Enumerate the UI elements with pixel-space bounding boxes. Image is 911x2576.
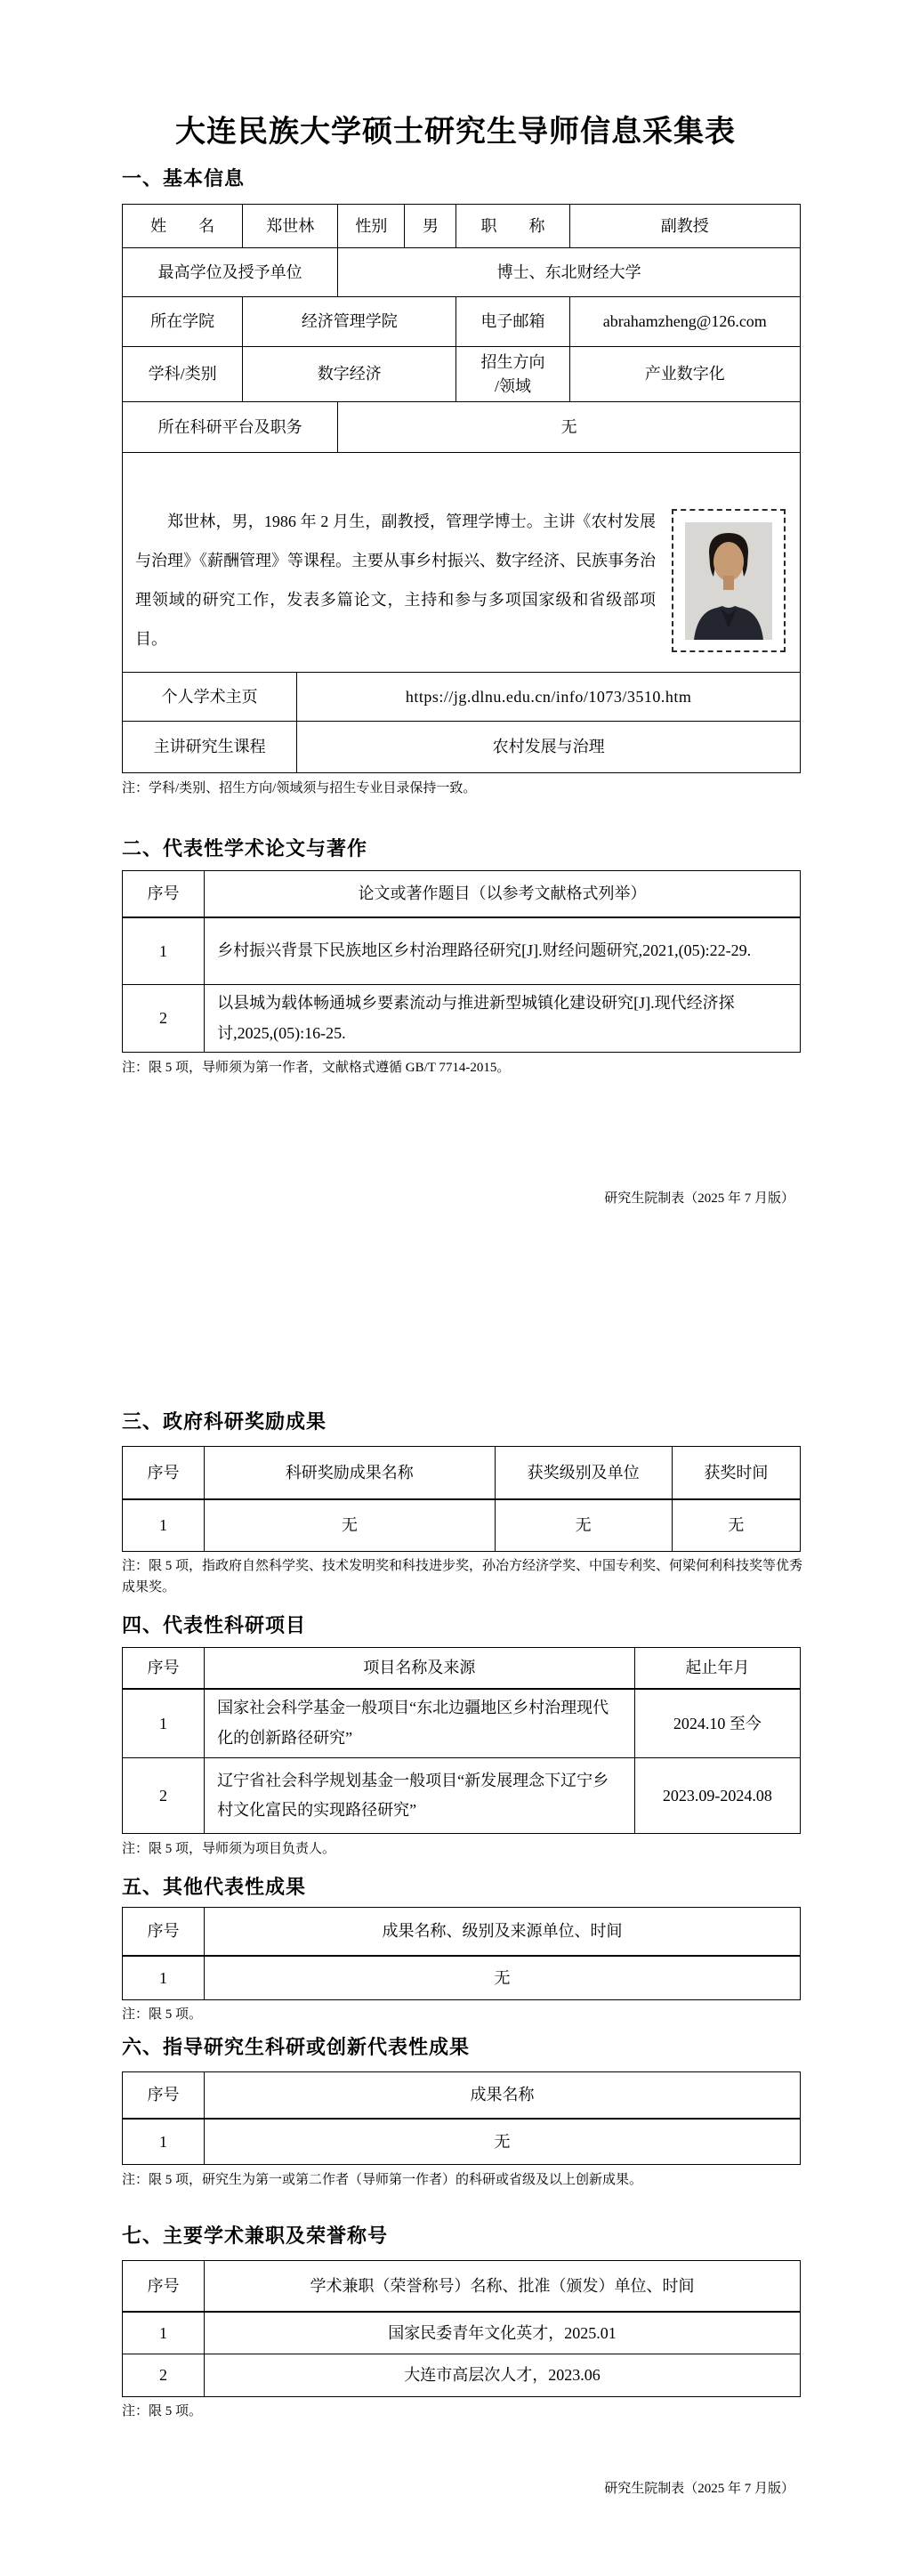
section-awards-heading: 三、政府科研奖励成果 <box>122 1410 807 1433</box>
bio-cell: 郑世林，男，1986 年 2 月生，副教授，管理学博士。主讲《农村发展与治理》《… <box>123 453 801 673</box>
basic-info-table: 姓 名 郑世林 性别 男 职 称 副教授 最高学位及授予单位 博士、东北财经大学… <box>122 204 801 773</box>
student-table: 序号 成果名称 1 无 <box>122 2071 801 2165</box>
section-others-heading: 五、其他代表性成果 <box>122 1876 807 1899</box>
project-period: 2023.09-2024.08 <box>634 1758 800 1834</box>
award-time: 无 <box>672 1499 800 1552</box>
direction-value-cell: 产业数字化 <box>569 347 800 402</box>
table-row: 1 乡村振兴背景下民族地区乡村治理路径研究[J].财经问题研究,2021,(05… <box>123 917 801 985</box>
honors-table: 序号 学术兼职（荣誉称号）名称、批准（颁发）单位、时间 1 国家民委青年文化英才… <box>122 2260 801 2397</box>
awards-col-time: 获奖时间 <box>672 1447 800 1499</box>
other-no: 1 <box>123 1956 205 2000</box>
email-value-cell: abrahamzheng@126.com <box>569 297 800 347</box>
table-row: 所在学院 经济管理学院 电子邮箱 abrahamzheng@126.com <box>123 297 801 347</box>
homepage-value-cell: https://jg.dlnu.edu.cn/info/1073/3510.ht… <box>297 673 801 722</box>
student-col-name: 成果名称 <box>205 2072 801 2119</box>
email-label-cell: 电子邮箱 <box>456 297 569 347</box>
section-basic-heading: 一、基本信息 <box>122 167 807 190</box>
discipline-value-cell: 数字经济 <box>243 347 456 402</box>
awards-table: 序号 科研奖励成果名称 获奖级别及单位 获奖时间 1 无 无 无 <box>122 1446 801 1552</box>
others-col-no: 序号 <box>123 1908 205 1956</box>
table-header-row: 序号 项目名称及来源 起止年月 <box>123 1648 801 1689</box>
projects-col-no: 序号 <box>123 1648 205 1689</box>
honor-name: 国家民委青年文化英才，2025.01 <box>205 2312 801 2354</box>
table-row: 姓 名 郑世林 性别 男 职 称 副教授 <box>123 205 801 248</box>
awards-col-no: 序号 <box>123 1447 205 1499</box>
project-name: 辽宁省社会科学规划基金一般项目“新发展理念下辽宁乡村文化富民的实现路径研究” <box>205 1758 635 1834</box>
honors-col-no: 序号 <box>123 2261 205 2312</box>
table-row: 1 无 <box>123 2119 801 2165</box>
table-header-row: 序号 成果名称、级别及来源单位、时间 <box>123 1908 801 1956</box>
made-by-note: 研究生院制表（2025 年 7 月版） <box>122 2479 800 2499</box>
student-note: 注：限 5 项，研究生为第一或第二作者（导师第一作者）的科研或省级及以上创新成果… <box>122 2169 803 2191</box>
section-honors-heading: 七、主要学术兼职及荣誉称号 <box>122 2225 807 2248</box>
papers-note: 注：限 5 项，导师须为第一作者，文献格式遵循 GB/T 7714-2015。 <box>122 1057 803 1078</box>
awards-col-level: 获奖级别及单位 <box>495 1447 672 1499</box>
section-papers-heading: 二、代表性学术论文与著作 <box>122 837 807 860</box>
table-row: 1 国家民委青年文化英才，2025.01 <box>123 2312 801 2354</box>
name-value-cell: 郑世林 <box>243 205 338 248</box>
honors-note: 注：限 5 项。 <box>122 2401 803 2422</box>
project-period: 2024.10 至今 <box>634 1689 800 1758</box>
projects-note: 注：限 5 项，导师须为项目负责人。 <box>122 1838 803 1860</box>
name-label-cell: 姓 名 <box>123 205 243 248</box>
degree-label-cell: 最高学位及授予单位 <box>123 248 338 297</box>
student-name: 无 <box>205 2119 801 2165</box>
courses-label-cell: 主讲研究生课程 <box>123 722 297 773</box>
awards-col-name: 科研奖励成果名称 <box>205 1447 495 1499</box>
table-row: 学科/类别 数字经济 招生方向 /领域 产业数字化 <box>123 347 801 402</box>
gender-label-cell: 性别 <box>338 205 405 248</box>
table-header-row: 序号 学术兼职（荣誉称号）名称、批准（颁发）单位、时间 <box>123 2261 801 2312</box>
award-name: 无 <box>205 1499 495 1552</box>
direction-label-cell: 招生方向 /领域 <box>456 347 569 402</box>
papers-col-no: 序号 <box>123 871 205 917</box>
document-page: 大连民族大学硕士研究生导师信息采集表 一、基本信息 姓 名 郑世林 性别 男 职… <box>0 0 911 2576</box>
table-row: 1 国家社会科学基金一般项目“东北边疆地区乡村治理现代化的创新路径研究” 202… <box>123 1689 801 1758</box>
advisor-photo <box>685 522 772 640</box>
table-row: 1 无 <box>123 1956 801 2000</box>
section-projects-heading: 四、代表性科研项目 <box>122 1614 807 1637</box>
platform-value-cell: 无 <box>338 402 801 453</box>
title-label-cell: 职 称 <box>456 205 569 248</box>
table-row: 1 无 无 无 <box>123 1499 801 1552</box>
table-header-row: 序号 成果名称 <box>123 2072 801 2119</box>
table-row: 2 辽宁省社会科学规划基金一般项目“新发展理念下辽宁乡村文化富民的实现路径研究”… <box>123 1758 801 1834</box>
honors-col-name: 学术兼职（荣誉称号）名称、批准（颁发）单位、时间 <box>205 2261 801 2312</box>
degree-value-cell: 博士、东北财经大学 <box>338 248 801 297</box>
award-level: 无 <box>495 1499 672 1552</box>
gender-value-cell: 男 <box>405 205 456 248</box>
project-no: 1 <box>123 1689 205 1758</box>
courses-value-cell: 农村发展与治理 <box>297 722 801 773</box>
others-table: 序号 成果名称、级别及来源单位、时间 1 无 <box>122 1907 801 2000</box>
paper-title: 以县城为载体畅通城乡要素流动与推进新型城镇化建设研究[J].现代经济探讨,202… <box>205 985 801 1053</box>
paper-no: 1 <box>123 917 205 985</box>
award-no: 1 <box>123 1499 205 1552</box>
college-label-cell: 所在学院 <box>123 297 243 347</box>
table-row: 最高学位及授予单位 博士、东北财经大学 <box>123 248 801 297</box>
others-col-name: 成果名称、级别及来源单位、时间 <box>205 1908 801 1956</box>
table-row: 主讲研究生课程 农村发展与治理 <box>123 722 801 773</box>
table-header-row: 序号 科研奖励成果名称 获奖级别及单位 获奖时间 <box>123 1447 801 1499</box>
section-student-heading: 六、指导研究生科研或创新代表性成果 <box>122 2036 807 2059</box>
table-row: 郑世林，男，1986 年 2 月生，副教授，管理学博士。主讲《农村发展与治理》《… <box>123 453 801 673</box>
student-col-no: 序号 <box>123 2072 205 2119</box>
made-by-note: 研究生院制表（2025 年 7 月版） <box>122 1189 800 1208</box>
honor-no: 2 <box>123 2354 205 2397</box>
title-value-cell: 副教授 <box>569 205 800 248</box>
table-header-row: 序号 论文或著作题目（以参考文献格式列举） <box>123 871 801 917</box>
projects-col-period: 起止年月 <box>634 1648 800 1689</box>
table-row: 2 大连市高层次人才，2023.06 <box>123 2354 801 2397</box>
honor-name: 大连市高层次人才，2023.06 <box>205 2354 801 2397</box>
awards-note: 注：限 5 项，指政府自然科学奖、技术发明奖和科技进步奖，孙冶方经济学奖、中国专… <box>122 1555 803 1598</box>
college-value-cell: 经济管理学院 <box>243 297 456 347</box>
paper-title: 乡村振兴背景下民族地区乡村治理路径研究[J].财经问题研究,2021,(05):… <box>205 917 801 985</box>
others-note: 注：限 5 项。 <box>122 2004 803 2025</box>
discipline-label-cell: 学科/类别 <box>123 347 243 402</box>
papers-col-title: 论文或著作题目（以参考文献格式列举） <box>205 871 801 917</box>
table-row: 所在科研平台及职务 无 <box>123 402 801 453</box>
basic-note: 注：学科/类别、招生方向/领域须与招生专业目录保持一致。 <box>122 778 803 799</box>
table-row: 2 以县城为载体畅通城乡要素流动与推进新型城镇化建设研究[J].现代经济探讨,2… <box>123 985 801 1053</box>
platform-label-cell: 所在科研平台及职务 <box>123 402 338 453</box>
project-no: 2 <box>123 1758 205 1834</box>
project-name: 国家社会科学基金一般项目“东北边疆地区乡村治理现代化的创新路径研究” <box>205 1689 635 1758</box>
other-name: 无 <box>205 1956 801 2000</box>
paper-no: 2 <box>123 985 205 1053</box>
student-no: 1 <box>123 2119 205 2165</box>
table-row: 个人学术主页 https://jg.dlnu.edu.cn/info/1073/… <box>123 673 801 722</box>
projects-col-name: 项目名称及来源 <box>205 1648 635 1689</box>
papers-table: 序号 论文或著作题目（以参考文献格式列举） 1 乡村振兴背景下民族地区乡村治理路… <box>122 870 801 1053</box>
advisor-photo-frame <box>672 509 786 652</box>
honor-no: 1 <box>123 2312 205 2354</box>
homepage-label-cell: 个人学术主页 <box>123 673 297 722</box>
doc-title: 大连民族大学硕士研究生导师信息采集表 <box>0 116 911 149</box>
projects-table: 序号 项目名称及来源 起止年月 1 国家社会科学基金一般项目“东北边疆地区乡村治… <box>122 1647 801 1834</box>
